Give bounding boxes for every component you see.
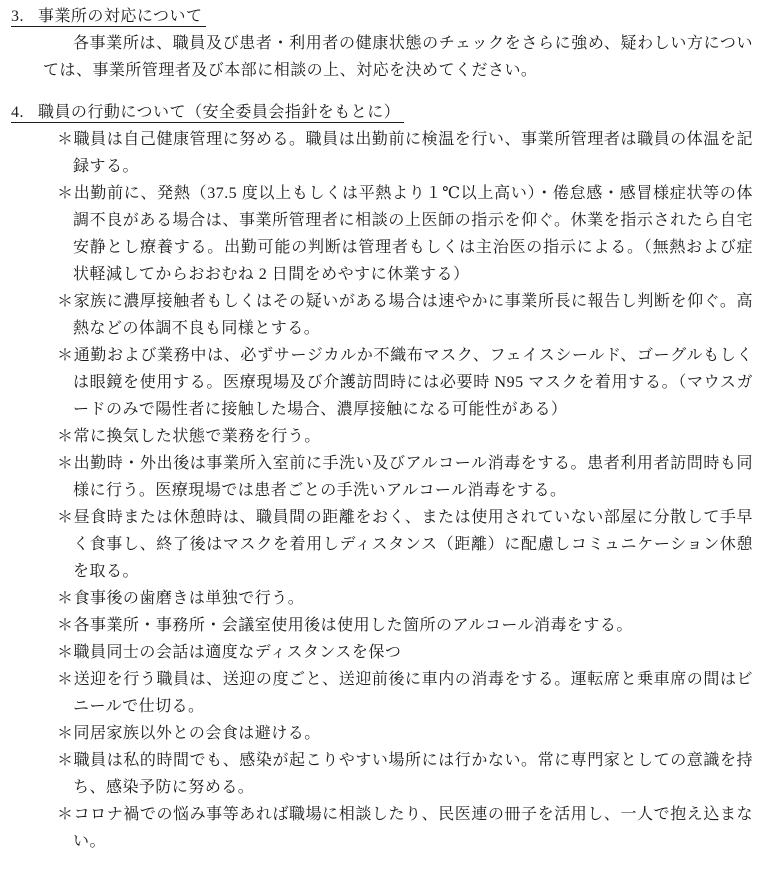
guideline-item: ＊食事後の歯磨きは単独で行う。 (11, 585, 753, 612)
bullet-marker: ＊ (57, 644, 73, 661)
section-office-response: 3.事業所の対応について 各事業所は、職員及び患者・利用者の健康状態のチェックを… (11, 3, 753, 84)
guideline-list: ＊職員は自己健康管理に努める。職員は出勤前に検温を行い、事業所管理者は職員の体温… (11, 126, 753, 855)
bullet-marker: ＊ (57, 806, 74, 823)
guideline-item: ＊出勤時・外出後は事業所入室前に手洗い及びアルコール消毒をする。患者利用者訪問時… (11, 450, 753, 504)
bullet-marker: ＊ (57, 428, 73, 445)
bullet-text: 職員は私的時間でも、感染が起こりやすい場所には行かない。常に専門家としての意識を… (73, 752, 753, 796)
bullet-text: 同居家族以外との会食は避ける。 (73, 725, 320, 742)
bullet-marker: ＊ (57, 671, 74, 688)
guideline-item: ＊職員は自己健康管理に努める。職員は出勤前に検温を行い、事業所管理者は職員の体温… (11, 126, 753, 180)
guideline-item: ＊コロナ禍での悩み事等あれば職場に相談したり、民医連の冊子を活用し、一人で抱え込… (11, 801, 753, 855)
bullet-text: 出勤前に、発熱（37.5 度以上もしくは平熱より１℃以上高い）・倦怠感・感冒様症… (73, 185, 753, 283)
guideline-item: ＊各事業所・事務所・会議室使用後は使用した箇所のアルコール消毒をする。 (11, 612, 753, 639)
bullet-text: 出勤時・外出後は事業所入室前に手洗い及びアルコール消毒をする。患者利用者訪問時も… (73, 455, 753, 499)
guideline-item: ＊出勤前に、発熱（37.5 度以上もしくは平熱より１℃以上高い）・倦怠感・感冒様… (11, 180, 753, 288)
bullet-marker: ＊ (57, 293, 74, 310)
bullet-text: 家族に濃厚接触者もしくはその疑いがある場合は速やかに事業所長に報告し判断を仰ぐ。… (73, 293, 753, 337)
bullet-marker: ＊ (57, 455, 74, 472)
bullet-text: 職員は自己健康管理に努める。職員は出勤前に検温を行い、事業所管理者は職員の体温を… (73, 131, 753, 175)
section-heading-underline: 3.事業所の対応について (11, 8, 206, 27)
guideline-item: ＊昼食時または休憩時は、職員間の距離をおく、または使用されていない部屋に分散して… (11, 504, 753, 585)
bullet-text: 各事業所・事務所・会議室使用後は使用した箇所のアルコール消毒をする。 (73, 617, 632, 634)
bullet-text: 常に換気した状態で業務を行う。 (73, 428, 320, 445)
bullet-marker: ＊ (57, 185, 74, 202)
section-staff-conduct: 4.職員の行動について（安全委員会指針をもとに） ＊職員は自己健康管理に努める。… (11, 99, 753, 855)
section-heading: 4.職員の行動について（安全委員会指針をもとに） (11, 99, 753, 126)
bullet-text: コロナ禍での悩み事等あれば職場に相談したり、民医連の冊子を活用し、一人で抱え込ま… (73, 806, 753, 850)
bullet-marker: ＊ (57, 131, 74, 148)
guideline-item: ＊同居家族以外との会食は避ける。 (11, 720, 753, 747)
bullet-text: 送迎を行う職員は、送迎の度ごと、送迎前後に車内の消毒をする。運転席と乗車席の間は… (73, 671, 753, 715)
section-title: 職員の行動について（安全委員会指針をもとに） (38, 104, 404, 121)
bullet-text: 職員同士の会話は適度なディスタンスを保つ (73, 644, 401, 661)
bullet-marker: ＊ (57, 590, 73, 607)
bullet-marker: ＊ (57, 509, 74, 526)
section-number: 4. (11, 104, 38, 121)
section-number: 3. (11, 8, 38, 25)
section-heading: 3.事業所の対応について (11, 3, 753, 30)
bullet-marker: ＊ (57, 752, 74, 769)
bullet-marker: ＊ (57, 725, 73, 742)
guideline-item: ＊常に換気した状態で業務を行う。 (11, 423, 753, 450)
guideline-item: ＊家族に濃厚接触者もしくはその疑いがある場合は速やかに事業所長に報告し判断を仰ぐ… (11, 288, 753, 342)
guideline-item: ＊通勤および業務中は、必ずサージカルか不織布マスク、フェイスシールド、ゴーグルも… (11, 342, 753, 423)
bullet-text: 通勤および業務中は、必ずサージカルか不織布マスク、フェイスシールド、ゴーグルもし… (73, 347, 753, 418)
bullet-marker: ＊ (57, 347, 74, 364)
bullet-text: 昼食時または休憩時は、職員間の距離をおく、または使用されていない部屋に分散して手… (73, 509, 753, 580)
guideline-item: ＊送迎を行う職員は、送迎の度ごと、送迎前後に車内の消毒をする。運転席と乗車席の間… (11, 666, 753, 720)
section-paragraph: 各事業所は、職員及び患者・利用者の健康状態のチェックをさらに強め、疑わしい方につ… (43, 30, 753, 84)
section-title: 事業所の対応について (38, 8, 206, 25)
section-heading-underline: 4.職員の行動について（安全委員会指針をもとに） (11, 104, 404, 123)
bullet-marker: ＊ (57, 617, 73, 634)
guideline-item: ＊職員同士の会話は適度なディスタンスを保つ (11, 639, 753, 666)
bullet-text: 食事後の歯磨きは単独で行う。 (73, 590, 304, 607)
guideline-item: ＊職員は私的時間でも、感染が起こりやすい場所には行かない。常に専門家としての意識… (11, 747, 753, 801)
document-page: 3.事業所の対応について 各事業所は、職員及び患者・利用者の健康状態のチェックを… (0, 0, 768, 875)
